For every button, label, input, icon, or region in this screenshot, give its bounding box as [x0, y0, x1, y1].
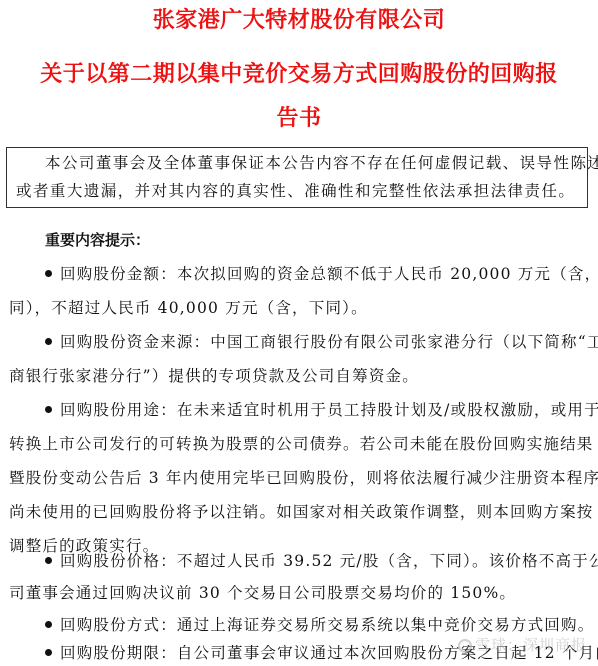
- watermark-text: 雪球：深圳商报: [475, 636, 587, 654]
- company-title: 张家港广大特材股份有限公司: [0, 8, 598, 34]
- disclaimer-line-2: 或者重大遗漏，并对其内容的真实性、准确性和完整性依法承担法律责任。: [16, 182, 575, 200]
- bullet-text-line: 司董事会通过回购决议前 30 个交易日公司股票交易均价的 150%。: [9, 583, 516, 603]
- bullet-text-line: 转换上市公司发行的可转换为股票的公司债券。若公司未能在股份回购实施结果: [9, 434, 594, 454]
- bullet-text-line: 回购股份资金来源：中国工商银行股份有限公司张家港分行（以下简称“工: [60, 333, 598, 351]
- bullet-text-line: 尚未使用的已回购股份将予以注销。如国家对相关政策作调整，则本回购方案按: [9, 502, 594, 522]
- bullet-text-line: 回购股份价格：不超过人民币 39.52 元/股（含，下同）。该价格不高于公: [60, 552, 598, 570]
- report-title-line-1: 关于以第二期以集中竞价交易方式回购股份的回购报: [0, 62, 598, 88]
- bullet-text-line: 回购股份用途：在未来适宜时机用于员工持股计划及/或股权激励，或用于: [60, 401, 598, 419]
- bullet-text-line: 暨股份变动公告后 3 年内使用完毕已回购股份，则将依法履行减少注册资本程序，: [9, 468, 598, 488]
- bullet-icon: [45, 649, 52, 656]
- disclaimer-box: 本公司董事会及全体董事保证本公告内容不存在任何虚假记载、误导性陈述 或者重大遗漏…: [6, 147, 588, 208]
- highlights-heading: 重要内容提示：: [45, 230, 150, 250]
- snowball-logo-icon: [458, 639, 472, 653]
- bullet-icon: [45, 621, 52, 628]
- bullet-text-line: 回购股份金额：本次拟回购的资金总额不低于人民币 20,000 万元（含，下: [60, 265, 598, 283]
- disclaimer-line-1: 本公司董事会及全体董事保证本公告内容不存在任何虚假记载、误导性陈述: [45, 154, 598, 172]
- bullet-icon: [45, 270, 52, 277]
- bullet-text-line: 回购股份方式：通过上海证券交易所交易系统以集中竞价交易方式回购。: [60, 616, 594, 634]
- watermark: 雪球：深圳商报: [458, 634, 587, 655]
- bullet-icon: [45, 338, 52, 345]
- report-title-line-2: 告书: [0, 106, 598, 132]
- bullet-icon: [45, 406, 52, 413]
- bullet-icon: [45, 557, 52, 564]
- bullet-text-line: 同），不超过人民币 40,000 万元（含，下同）。: [9, 298, 368, 318]
- bullet-text-line: 商银行张家港分行”）提供的专项贷款及公司自筹资金。: [9, 366, 419, 386]
